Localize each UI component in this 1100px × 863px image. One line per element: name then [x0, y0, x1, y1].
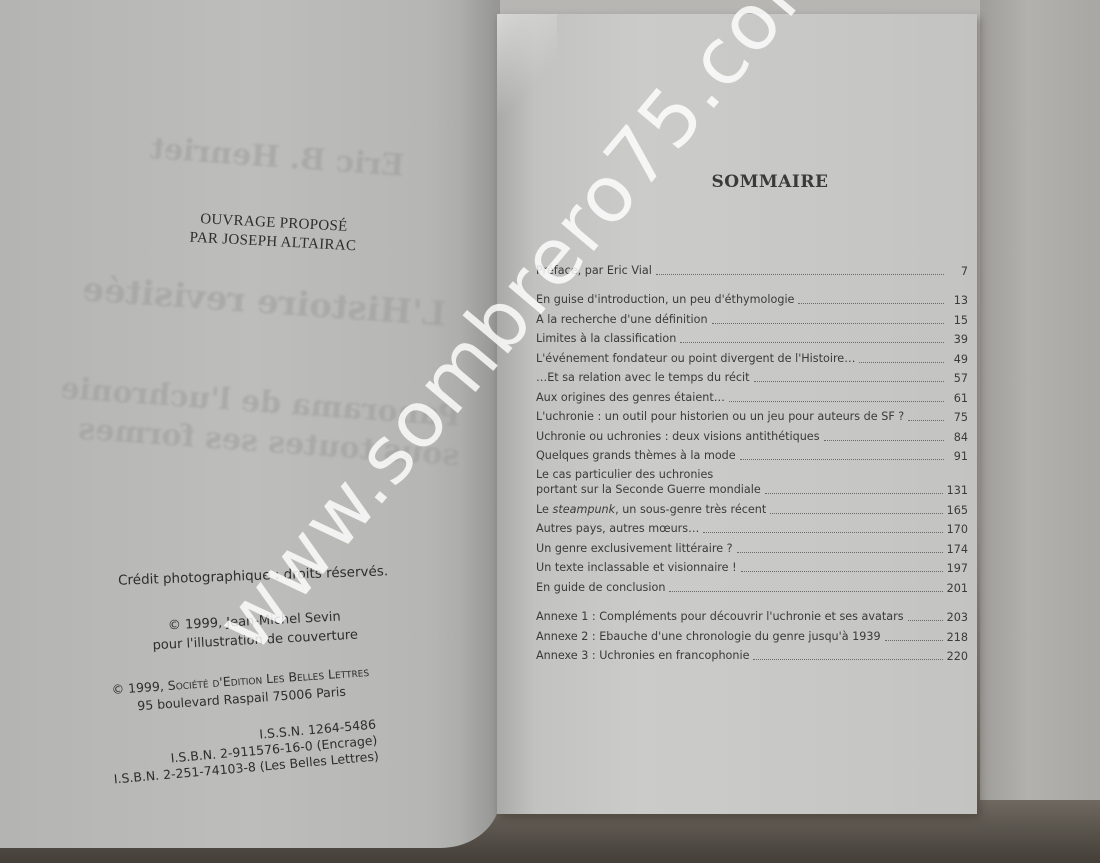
toc-entry: Le steampunk, un sous-genre très récent1… — [536, 497, 968, 517]
proposed-by: OUVRAGE PROPOSÉ PAR JOSEPH ALTAIRAC — [189, 210, 358, 257]
toc-entry-page: 201 — [947, 582, 968, 595]
toc-entry-page: 165 — [947, 504, 968, 517]
toc-leader-dots — [712, 322, 944, 324]
table-of-contents: Préface, par Eric Vial7En guise d'introd… — [536, 258, 968, 663]
toc-entry: A la recherche d'une définition15 — [536, 307, 968, 327]
toc-entry: …Et sa relation avec le temps du récit57 — [536, 366, 968, 386]
toc-entry-label: Un texte inclassable et visionnaire ! — [536, 560, 737, 575]
toc-entry: Préface, par Eric Vial7 — [536, 258, 968, 278]
toc-leader-dots — [824, 439, 944, 441]
toc-entry: Un texte inclassable et visionnaire !197 — [536, 556, 968, 576]
publisher-info: © 1999, Société d'Edition Les Belles Let… — [111, 663, 371, 717]
toc-leader-dots — [770, 512, 942, 514]
toc-entry-label: Quelques grands thèmes à la mode — [536, 448, 736, 463]
toc-entry-label: Annexe 1 : Compléments pour découvrir l'… — [536, 609, 904, 624]
toc-entry-page: 131 — [947, 484, 968, 497]
page-gutter-shadow — [460, 0, 500, 848]
toc-leader-dots — [703, 531, 942, 533]
toc-entry-label: …Et sa relation avec le temps du récit — [536, 370, 750, 385]
toc-leader-dots — [798, 302, 944, 304]
page-curl — [497, 14, 557, 134]
toc-leader-dots — [669, 590, 942, 592]
toc-entry-label: Annexe 3 : Uchronies en francophonie — [536, 648, 749, 663]
toc-leader-dots — [754, 380, 944, 382]
toc-entry: Autres pays, autres mœurs…170 — [536, 517, 968, 537]
toc-entry: Annexe 3 : Uchronies en francophonie220 — [536, 644, 968, 664]
toc-leader-dots — [765, 492, 943, 494]
toc-entry-page: 75 — [948, 411, 968, 424]
toc-entry-page: 61 — [948, 392, 968, 405]
cover-credit: © 1999, Jean-Michel Sevin pour l'illustr… — [151, 607, 358, 656]
toc-entry-label: Aux origines des genres étaient… — [536, 390, 725, 405]
toc-entry-label: A la recherche d'une définition — [536, 312, 708, 327]
toc-entry-page: 49 — [948, 353, 968, 366]
toc-entry: En guise d'introduction, un peu d'éthymo… — [536, 288, 968, 308]
toc-leader-dots — [656, 273, 944, 275]
toc-leader-dots — [680, 341, 944, 343]
left-page: Eric B. Henriet L'Histoire revisitée Pan… — [0, 0, 500, 848]
toc-entry-page: 203 — [947, 611, 968, 624]
toc-entry-label: Préface, par Eric Vial — [536, 263, 652, 278]
toc-entry: En guide de conclusion201 — [536, 575, 968, 595]
toc-entry: Aux origines des genres étaient…61 — [536, 385, 968, 405]
toc-entry: Annexe 1 : Compléments pour découvrir l'… — [536, 605, 968, 625]
toc-entry: Quelques grands thèmes à la mode91 — [536, 444, 968, 464]
toc-leader-dots — [740, 458, 944, 460]
toc-leader-dots — [885, 639, 943, 641]
toc-entry-label: Un genre exclusivement littéraire ? — [536, 541, 733, 556]
toc-leader-dots — [859, 361, 944, 363]
toc-entry-page: 197 — [947, 562, 968, 575]
toc-entry-label: Uchronie ou uchronies : deux visions ant… — [536, 429, 820, 444]
toc-entry-page: 39 — [948, 333, 968, 346]
toc-entry-label: En guise d'introduction, un peu d'éthymo… — [536, 292, 794, 307]
toc-entry-page: 91 — [948, 450, 968, 463]
toc-entry: Annexe 2 : Ebauche d'une chronologie du … — [536, 624, 968, 644]
identifiers: I.S.S.N. 1264-5486 I.S.B.N. 2-911576-16-… — [110, 717, 379, 788]
toc-entry-label: L'uchronie : un outil pour historien ou … — [536, 409, 904, 424]
toc-entry: Limites à la classification39 — [536, 327, 968, 347]
toc-entry: L'événement fondateur ou point divergent… — [536, 346, 968, 366]
toc-entry-label: En guide de conclusion — [536, 580, 665, 595]
toc-entry-page: 15 — [948, 314, 968, 327]
toc-entry-label: Le cas particulier des uchronies portant… — [536, 467, 761, 497]
toc-entry-page: 57 — [948, 372, 968, 385]
toc-entry-page: 218 — [947, 631, 968, 644]
toc-title: SOMMAIRE — [700, 172, 840, 192]
toc-entry-page: 220 — [947, 650, 968, 663]
toc-entry: Le cas particulier des uchronies portant… — [536, 463, 968, 497]
toc-entry-page: 174 — [947, 543, 968, 556]
toc-leader-dots — [741, 570, 943, 572]
toc-leader-dots — [737, 551, 943, 553]
toc-entry: L'uchronie : un outil pour historien ou … — [536, 405, 968, 425]
bleed-through-author: Eric B. Henriet — [149, 131, 405, 184]
bleed-through-title: L'Histoire revisitée — [81, 269, 447, 334]
background-right — [980, 0, 1100, 863]
toc-leader-dots — [908, 419, 944, 421]
toc-entry-label: Limites à la classification — [536, 331, 676, 346]
toc-entry: Un genre exclusivement littéraire ?174 — [536, 536, 968, 556]
toc-leader-dots — [908, 619, 943, 621]
toc-entry-label: L'événement fondateur ou point divergent… — [536, 351, 855, 366]
toc-entry-label: Annexe 2 : Ebauche d'une chronologie du … — [536, 629, 881, 644]
toc-entry: Uchronie ou uchronies : deux visions ant… — [536, 424, 968, 444]
toc-entry-page: 7 — [948, 265, 968, 278]
toc-entry-page: 84 — [948, 431, 968, 444]
photo-credit: Crédit photographique : droits réservés. — [118, 563, 389, 588]
toc-leader-dots — [729, 400, 944, 402]
toc-leader-dots — [753, 658, 942, 660]
toc-entry-label: Autres pays, autres mœurs… — [536, 521, 699, 536]
toc-entry-page: 13 — [948, 294, 968, 307]
toc-entry-page: 170 — [947, 523, 968, 536]
toc-entry-label: Le steampunk, un sous-genre très récent — [536, 502, 766, 517]
